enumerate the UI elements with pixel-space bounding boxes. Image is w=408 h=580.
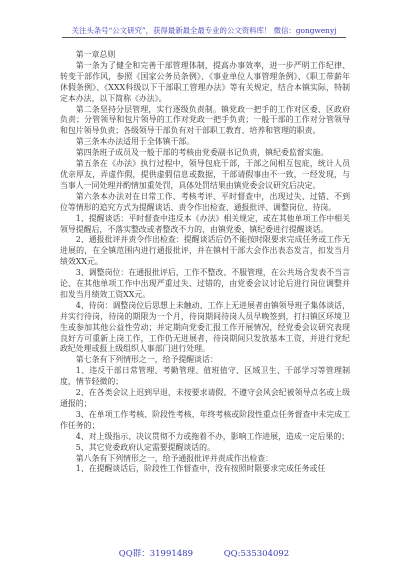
qq-number: QQ:535304092 — [224, 549, 289, 559]
header-banner[interactable]: 关注头条号“公文研究”，获得最新最全最专业的公文资料库！ 微信：gongweny… — [62, 26, 346, 38]
list-item: 3、在单项工作考核、阶段性考核、年终考核或阶段性重点任务督查中未完成工作任务的； — [60, 410, 350, 432]
paragraph: 第四条班子成员及一般干部的考核由党委副书记负责，镇纪委监督实施。 — [60, 148, 350, 159]
document-body: 第一章总则 第一条为了健全和完善干部管理体制，提高办事效率，进一步严明工作纪律、… — [60, 50, 350, 475]
paragraph: 第七条有下列情形之一，给予提醒谈话： — [60, 355, 350, 366]
list-item: 4、待岗：调整岗位后思想上未触动、工作上无进展者由镇领导班子集体谈话，并实行待岗… — [60, 301, 350, 356]
list-item: 3、调整岗位：在通报批评后，工作不整改、不服管理，在公共场合发表不当言论、在其他… — [60, 268, 350, 301]
paragraph: 第六条本办法对在日常工作、考核考评、平时督查中，出现过失、过错、不到位等情形的追… — [60, 192, 350, 214]
chapter-title: 第一章总则 — [60, 50, 350, 61]
list-item: 5、其它党委政府认定需要提醒谈话的。 — [60, 443, 350, 454]
paragraph: 第三条本办法适用于全体镇干部。 — [60, 137, 350, 148]
list-item: 1、在提醒谈话后，阶段性工作督查中，没有按照时限要求完成任务或任 — [60, 464, 350, 475]
header-text[interactable]: 关注头条号“公文研究”，获得最新最全最专业的公文资料库！ 微信：gongweny… — [72, 26, 337, 35]
list-item: 4、对上级指示、决议贯彻不力或拖着不办，影响工作进展，造成一定后果的； — [60, 432, 350, 443]
list-item: 2、通报批评并责令作出检查：提醒谈话后仍不能按时限要求完成任务或工作无进展的，在… — [60, 235, 350, 268]
qq-group: QQ群：31991489 — [119, 547, 193, 559]
list-item: 2、在各类会议上迟到早退、未按要求请假、不遵守会风会纪被领导点名或上级通报的； — [60, 388, 350, 410]
paragraph: 第八条有下列情形之一，给予通报批评并责成作出检查： — [60, 454, 350, 465]
paragraph: 第一条为了健全和完善干部管理体制，提高办事效率，进一步严明工作纪律、转变干部作风… — [60, 61, 350, 105]
footer: QQ群：31991489 QQ:535304092 — [0, 547, 408, 559]
paragraph: 第五条在《办法》执行过程中，领导包庇干部，干部之间相互包庇，统计人员优亲厚友，弄… — [60, 159, 350, 192]
list-item: 1、提醒谈话：平时督查中违反本《办法》相关规定，或在其他单项工作中相关领导提醒后… — [60, 214, 350, 236]
list-item: 1、违反干部日常管理、考勤管理、值班值守、区域卫生、干部学习等管理制度，情节轻微… — [60, 366, 350, 388]
paragraph: 第二条坚持分层管理，实行逐级负责制。镇党政一把手的工作对区委、区政府负责；分管领… — [60, 105, 350, 138]
